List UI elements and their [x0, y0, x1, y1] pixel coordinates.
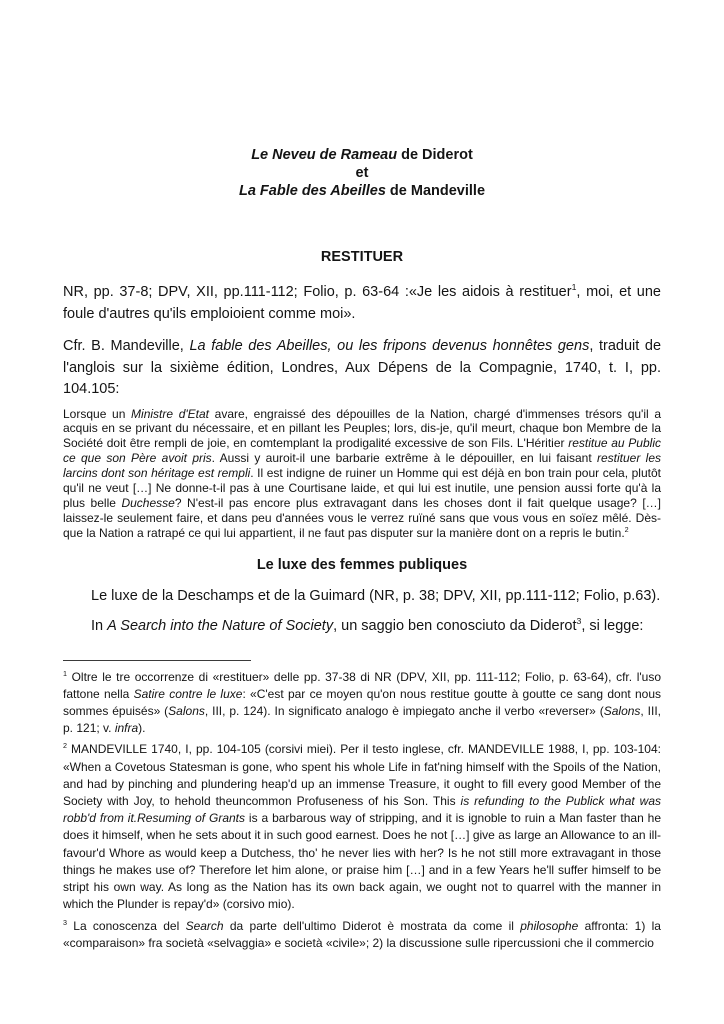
title-line-neveu-de-rameau: Le Neveu de Rameau de Diderot — [63, 146, 661, 164]
page-content: Le Neveu de Rameau de Diderot et La Fabl… — [0, 146, 724, 952]
footnote-3: 3 La conoscenza del Search da parte dell… — [63, 918, 661, 952]
footnote-2: 2 MANDEVILLE 1740, I, pp. 104-105 (corsi… — [63, 741, 661, 913]
paragraph-citation-nr: NR, pp. 37-8; DPV, XII, pp.111-112; Foli… — [63, 282, 661, 325]
heading-restituer: RESTITUER — [63, 248, 661, 266]
heading-luxe-femmes-publiques: Le luxe des femmes publiques — [63, 556, 661, 574]
blockquote-mandeville-1740: Lorsque un Ministre d'Etat avare, engrai… — [63, 407, 661, 541]
footnotes-section: 1 Oltre le tre occorrenze di «restituer»… — [63, 660, 661, 952]
paragraph-luxe-deschamps-guimard: Le luxe de la Deschamps et de la Guimard… — [63, 586, 661, 608]
paragraph-citation-mandeville: Cfr. B. Mandeville, La fable des Abeille… — [63, 336, 661, 401]
footnote-1: 1 Oltre le tre occorrenze di «restituer»… — [63, 669, 661, 738]
document-title: Le Neveu de Rameau de Diderot et La Fabl… — [63, 146, 661, 200]
footnote-separator — [63, 660, 251, 661]
document-page: Le Neveu de Rameau de Diderot et La Fabl… — [0, 0, 724, 1024]
title-line-fable-des-abeilles: La Fable des Abeilles de Mandeville — [63, 182, 661, 200]
title-line-et: et — [63, 164, 661, 182]
paragraph-search-nature-society: In A Search into the Nature of Society, … — [63, 616, 661, 638]
